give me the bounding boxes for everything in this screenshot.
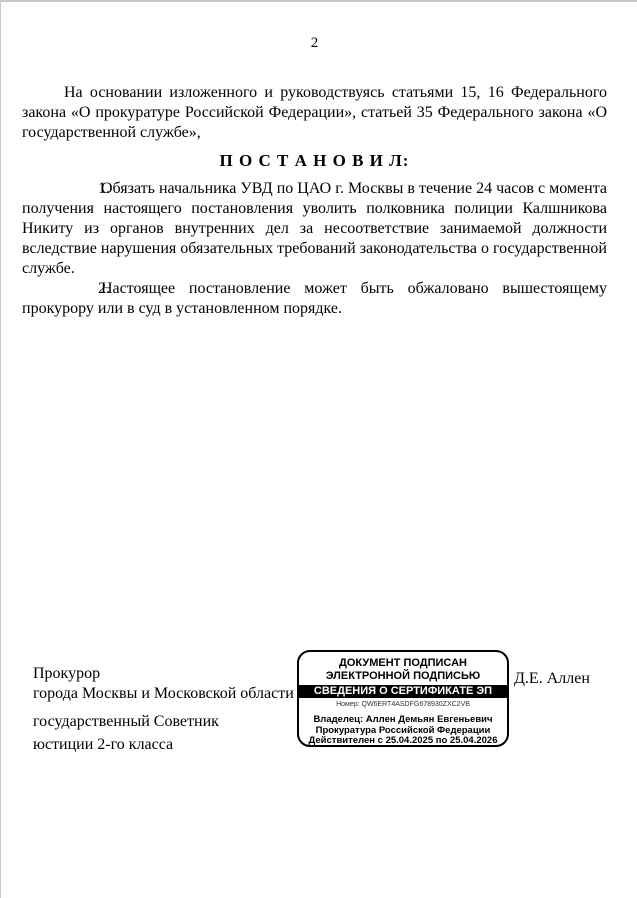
stamp-title-line-1: ДОКУМЕНТ ПОДПИСАН <box>339 657 467 669</box>
stamp-certificate-header: СВЕДЕНИЯ О СЕРТИФИКАТЕ ЭП <box>299 685 507 698</box>
signer-name: Д.Е. Аллен <box>514 669 590 689</box>
resolution-item-2: 2.Настоящее постановление может быть обж… <box>22 279 607 319</box>
document-page: { "page": { "number": "2" }, "body": { "… <box>0 0 637 898</box>
page-number: 2 <box>22 33 607 53</box>
document-body: 2 На основании изложенного и руководству… <box>1 33 637 319</box>
stamp-title: ДОКУМЕНТ ПОДПИСАН ЭЛЕКТРОННОЙ ПОДПИСЬЮ <box>299 657 507 682</box>
signature-block: Прокурор города Москвы и Московской обла… <box>33 664 294 756</box>
item-2-number: 2. <box>60 279 101 299</box>
stamp-validity: Действителен с 25.04.2025 по 25.04.2026 <box>299 736 507 747</box>
resolution-item-1: 1.Обязать начальника УВД по ЦАО г. Москв… <box>22 179 607 279</box>
intro-paragraph: На основании изложенного и руководствуяс… <box>22 83 607 143</box>
stamp-title-line-2: ЭЛЕКТРОННОЙ ПОДПИСЬЮ <box>326 670 480 682</box>
electronic-signature-stamp: ДОКУМЕНТ ПОДПИСАН ЭЛЕКТРОННОЙ ПОДПИСЬЮ С… <box>297 650 509 747</box>
signer-title: Прокурор города Москвы и Московской обла… <box>33 664 294 704</box>
stamp-owner: Владелец: Аллен Демьян Евгеньевич <box>299 715 507 726</box>
signer-rank-line-1: государственный Советник <box>33 713 219 730</box>
stamp-certificate-info: Владелец: Аллен Демьян Евгеньевич Прокур… <box>299 715 507 747</box>
item-1-text: Обязать начальника УВД по ЦАО г. Москвы … <box>22 180 607 277</box>
resolution-heading: П О С Т А Н О В И Л: <box>22 151 607 171</box>
signer-rank-line-2: юстиции 2-го класса <box>33 736 173 753</box>
item-2-text: Настоящее постановление может быть обжал… <box>22 280 607 317</box>
signer-title-line-2: города Москвы и Московской области <box>33 685 294 702</box>
signer-title-line-1: Прокурор <box>33 665 100 682</box>
item-1-number: 1. <box>60 179 101 199</box>
stamp-certificate-number: Номер: QW6ERT4ASDFG678930ZXC2VB <box>299 701 507 709</box>
signer-rank: государственный Советник юстиции 2-го кл… <box>33 710 294 756</box>
